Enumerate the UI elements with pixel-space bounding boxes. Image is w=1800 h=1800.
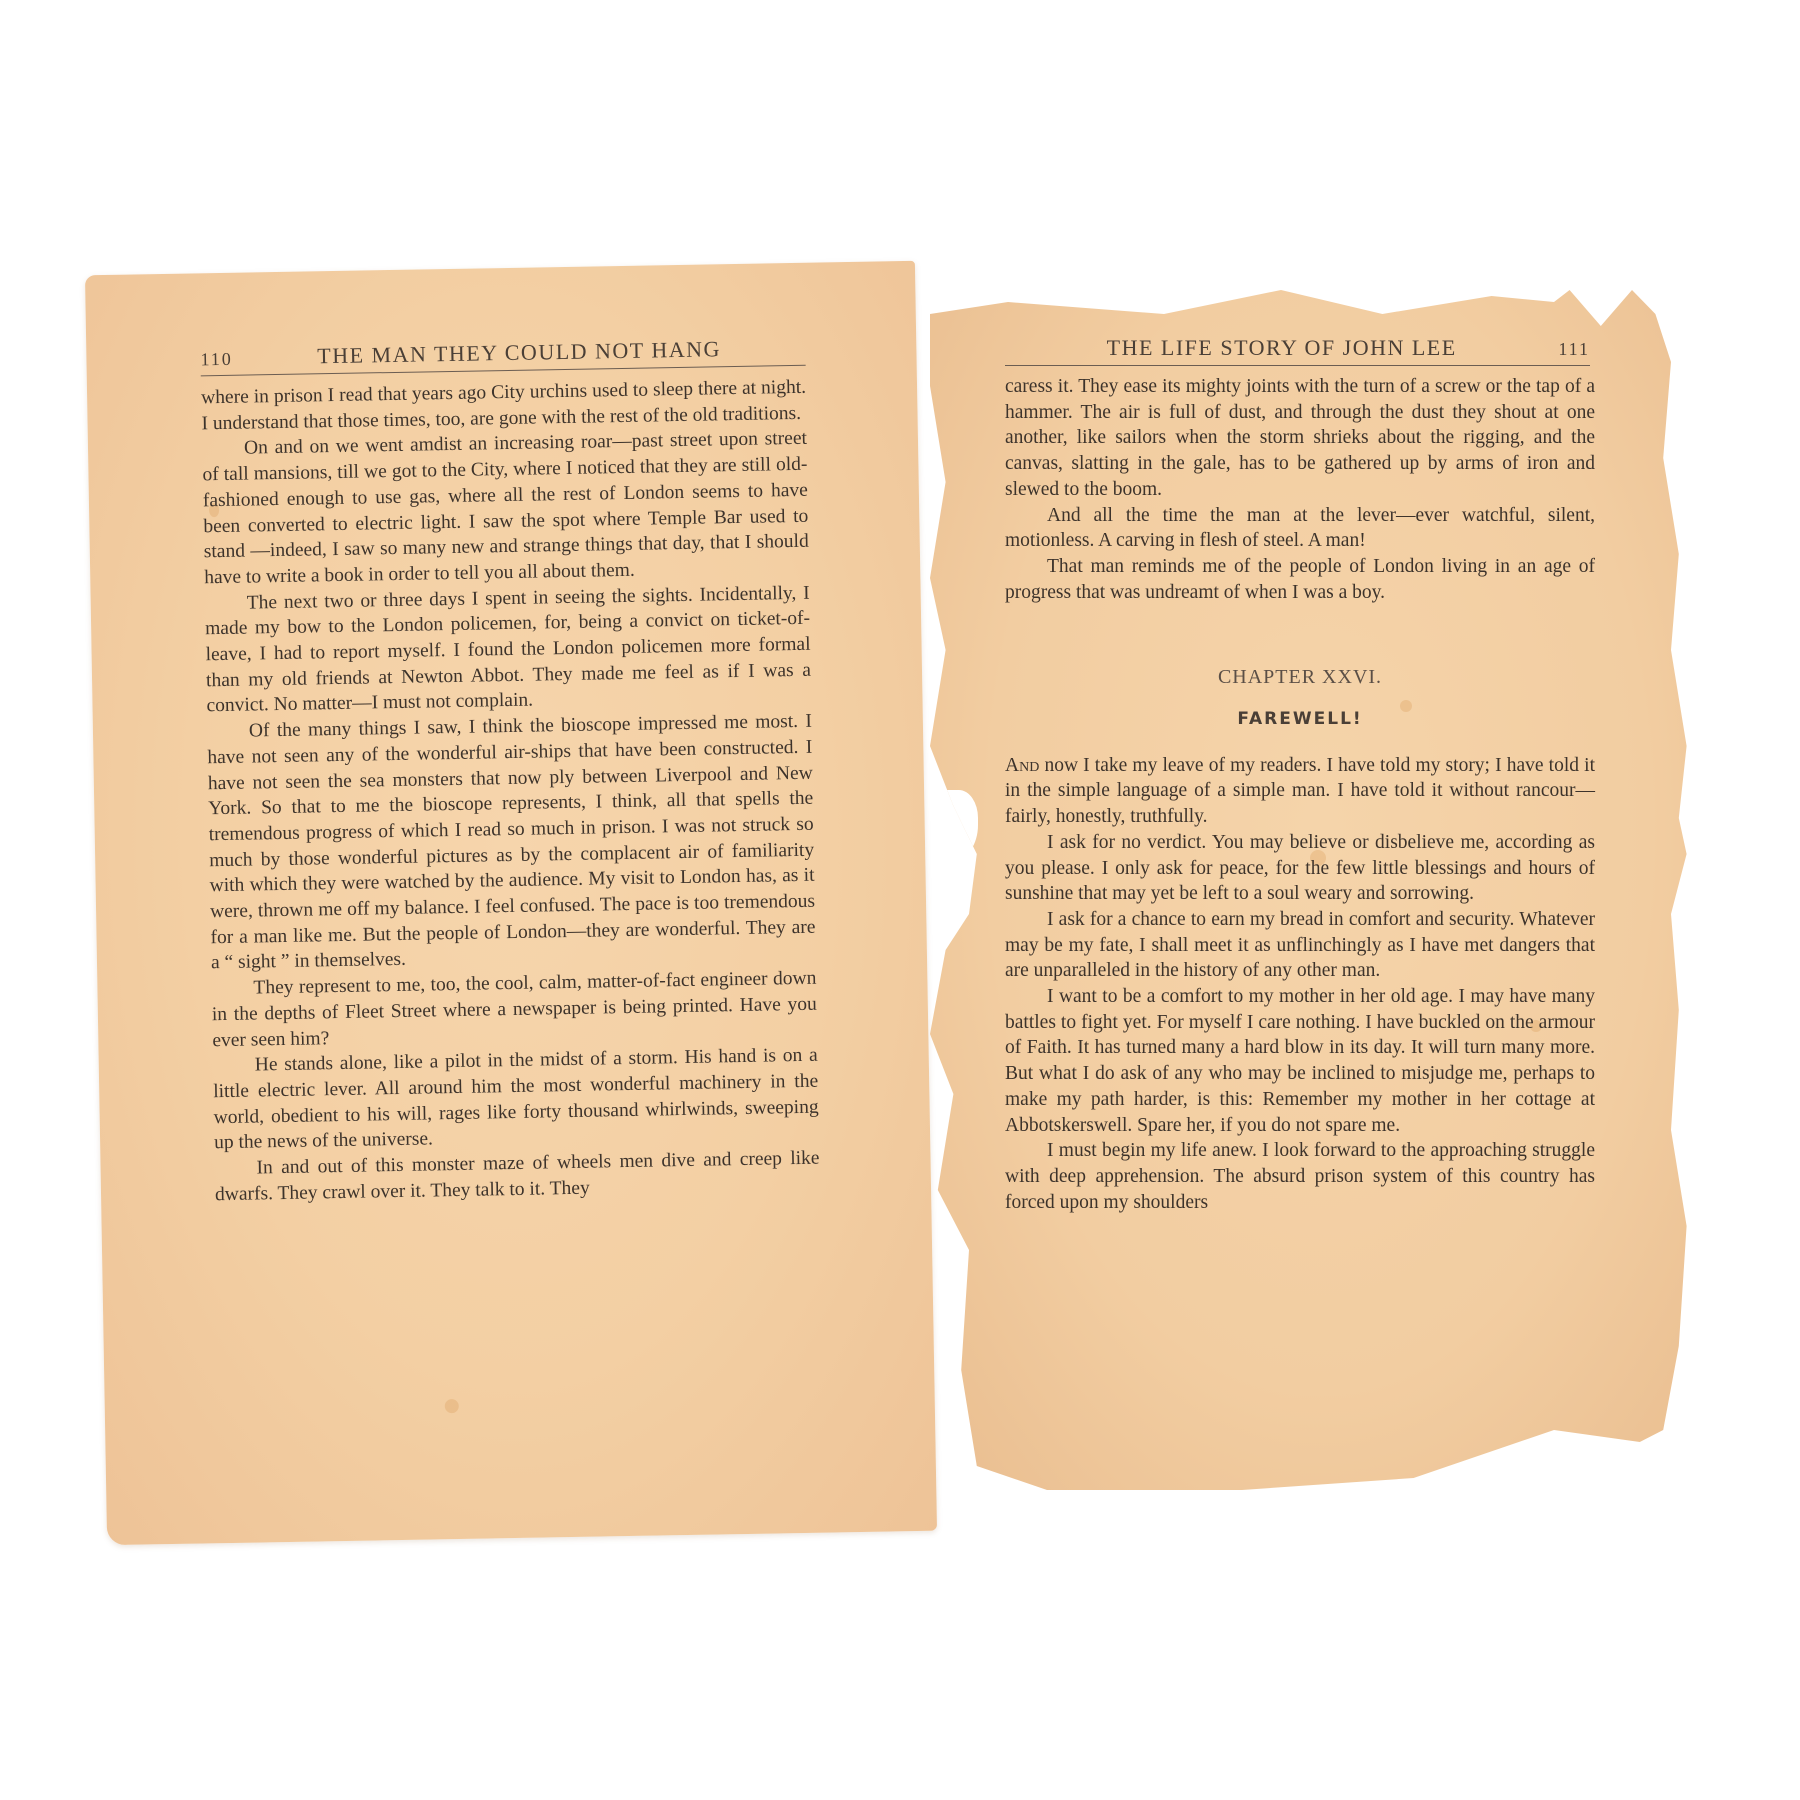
paragraph: He stands alone, like a pilot in the mid… <box>213 1043 820 1156</box>
paragraph: I want to be a comfort to my mother in h… <box>1005 984 1595 1138</box>
running-head: 110 THE MAN THEY COULD NOT HANG <box>200 335 805 377</box>
paragraph: caress it. They ease its mighty joints w… <box>1005 374 1595 503</box>
book-title-header: THE MAN THEY COULD NOT HANG <box>233 335 806 371</box>
chapter-opening-paragraph: And now I take my leave of my readers. I… <box>1005 753 1595 830</box>
torn-hole <box>930 790 978 860</box>
body-text: caress it. They ease its mighty joints w… <box>1005 374 1595 1215</box>
paragraph: They represent to me, too, the cool, cal… <box>211 966 817 1054</box>
body-text: where in prison I read that years ago Ci… <box>201 375 820 1208</box>
left-page: 110 THE MAN THEY COULD NOT HANG where in… <box>85 261 937 1545</box>
book-title-header: THE LIFE STORY OF JOHN LEE <box>1005 335 1558 361</box>
foxing-stain <box>445 1399 459 1413</box>
chapter-title: FAREWELL! <box>1005 707 1595 733</box>
paragraph: I ask for a chance to earn my bread in c… <box>1005 907 1595 984</box>
page-number: 110 <box>200 349 233 371</box>
paragraph: That man reminds me of the people of Lon… <box>1005 554 1595 605</box>
page-number: 111 <box>1558 339 1590 360</box>
paragraph: I ask for no verdict. You may believe or… <box>1005 830 1595 907</box>
running-head: THE LIFE STORY OF JOHN LEE 111 <box>1005 335 1590 366</box>
paragraph: The next two or three days I spent in se… <box>205 580 812 719</box>
paragraph: I must begin my life anew. I look forwar… <box>1005 1138 1595 1215</box>
paragraph: On and on we went amdist an increasing r… <box>202 426 810 591</box>
paragraph: In and out of this monster maze of wheel… <box>214 1146 820 1208</box>
paragraph: And all the time the man at the lever—ev… <box>1005 503 1595 554</box>
opening-word: And <box>1005 755 1039 776</box>
right-page: THE LIFE STORY OF JOHN LEE 111 caress it… <box>930 290 1710 1490</box>
chapter-number: CHAPTER XXVI. <box>1005 665 1595 691</box>
paragraph: Of the many things I saw, I think the bi… <box>207 709 816 977</box>
opening-text: now I take my leave of my readers. I hav… <box>1005 755 1595 827</box>
